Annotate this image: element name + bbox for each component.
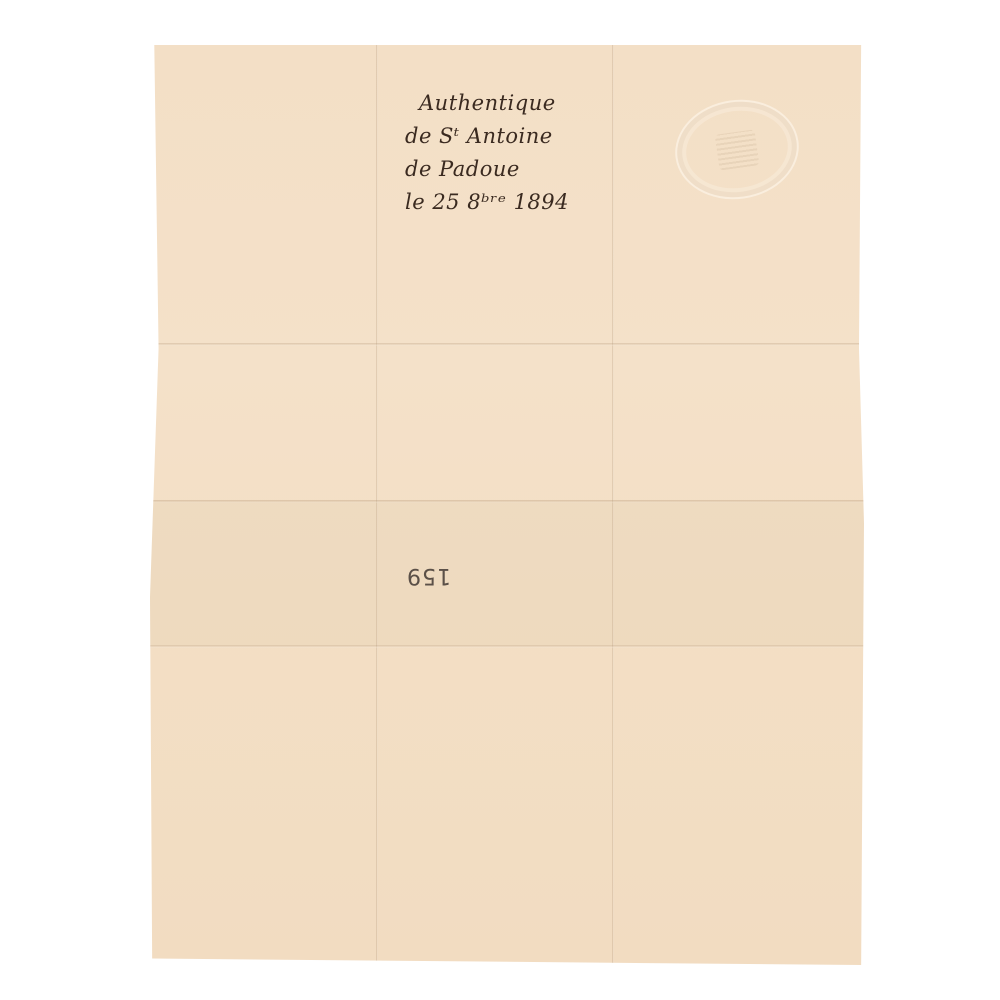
catalog-number: 159 [406,563,451,588]
inscription-date: le 25 8ᵇʳᵉ 1894 [405,186,625,219]
seal-emblem-icon [715,129,760,170]
horizontal-fold-line [150,343,864,346]
handwritten-inscription: Authentique de Sᵗ Antoine de Padoue le 2… [405,87,625,219]
panel-shadow [150,500,864,645]
embossed-seal-icon [669,92,806,207]
inscription-line: de Padoue [405,153,625,186]
horizontal-fold-line [150,645,864,648]
inscription-line: Authentique [405,87,625,120]
inscription-line: de Sᵗ Antoine [405,120,625,153]
letter-sheet: Authentique de Sᵗ Antoine de Padoue le 2… [150,45,864,965]
